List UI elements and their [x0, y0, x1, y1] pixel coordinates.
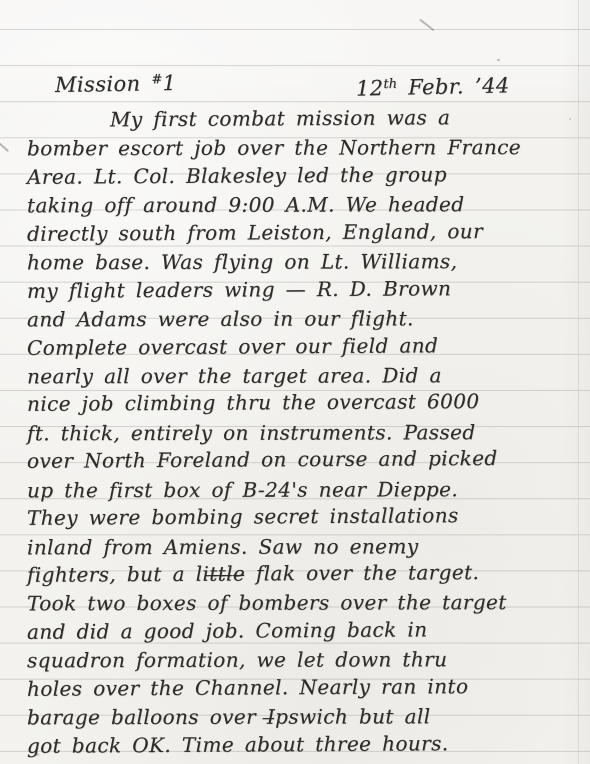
handwriting-line: Complete overcast over our field and	[0, 330, 590, 362]
entry-header: Mission #1 12th Febr. ’44	[0, 72, 590, 106]
scanned-page: Mission #1 12th Febr. ’44 My first comba…	[0, 0, 590, 764]
handwriting-line: and did a good job. Coming back in	[0, 614, 590, 646]
entry-date: 12th Febr. ’44	[356, 73, 510, 100]
mission-number: 1	[162, 71, 176, 95]
scan-artifact	[497, 59, 500, 61]
handwriting-line: holes over the Channel. Nearly ran into	[0, 671, 590, 703]
handwriting-line: my flight leaders wing — R. D. Brown	[0, 273, 590, 305]
handwriting-line: home base. Was flying on Lt. Williams,	[0, 247, 590, 277]
date-day: 12	[356, 76, 384, 101]
number-sign: #	[151, 72, 162, 87]
handwriting-line: nice job climbing thru the overcast 6000	[0, 387, 590, 419]
handwriting-line: directly south from Leiston, England, ou…	[0, 216, 590, 248]
handwriting-line: fighters, but a lit̶t̶l̶e̶ flak over the…	[0, 557, 590, 589]
date-month-year: Febr. ’44	[397, 73, 510, 99]
handwriting-line: bomber escort job over the Northern Fran…	[0, 133, 590, 163]
handwriting-line: inland from Amiens. Saw no enemy	[0, 531, 590, 561]
handwriting-line: My first combat mission was a	[0, 102, 590, 134]
handwriting-line: and Adams were also in our flight.	[0, 304, 590, 334]
date-ordinal: th	[383, 77, 397, 92]
handwriting-line: got back OK. Time about three hours.	[0, 728, 590, 760]
handwriting-line: They were bombing secret installations	[0, 501, 590, 533]
handwriting-line: Area. Lt. Col. Blakesley led the group	[0, 159, 590, 191]
mission-title-text: Mission	[55, 72, 141, 97]
handwriting-line: barage balloons over I̶pswich but all	[0, 702, 590, 732]
handwriting-line: Took two boxes of bombers over the targe…	[0, 588, 590, 618]
mission-title: Mission #1	[55, 71, 177, 97]
handwriting-line: over North Foreland on course and picked	[0, 444, 590, 476]
handwriting-line: taking off around 9:00 A.M. We headed	[0, 190, 590, 220]
handwriting-line: squadron formation, we let down thru	[0, 645, 590, 675]
handwriting-lines: My first combat mission was abomber esco…	[0, 106, 590, 760]
scan-artifact	[419, 19, 434, 31]
